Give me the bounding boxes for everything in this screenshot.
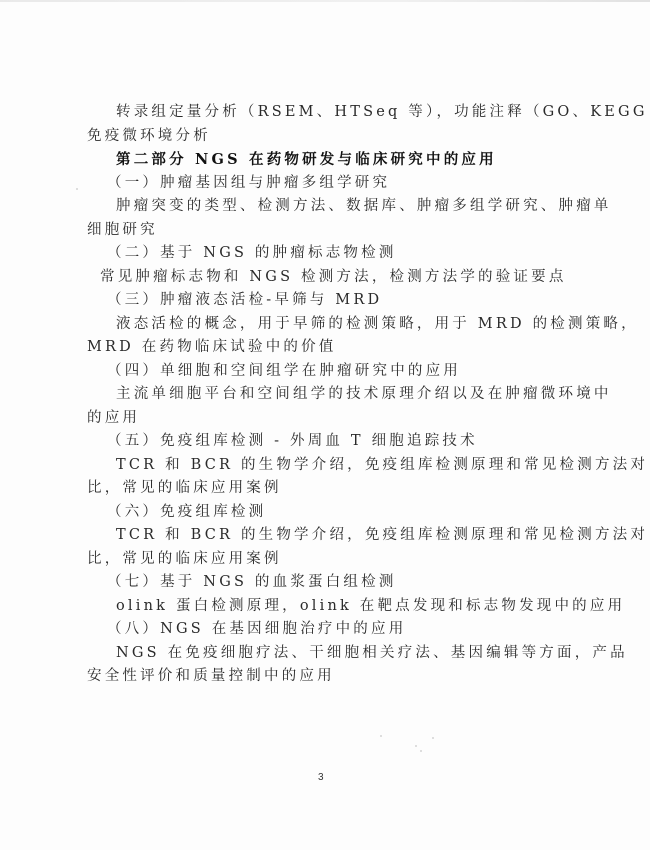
paragraph-line: NGS 在免疫细胞疗法、干细胞相关疗法、基因编辑等方面，产品 — [87, 642, 567, 666]
subsection-heading: （八）NGS 在基因细胞治疗中的应用 — [87, 618, 567, 642]
subsection-heading: （二）基于 NGS 的肿瘤标志物检测 — [87, 242, 567, 266]
scan-artifact — [420, 750, 422, 752]
paragraph-line: 常见肿瘤标志物和 NGS 检测方法，检测方法学的验证要点 — [87, 266, 567, 290]
paragraph-line: 转录组定量分析（RSEM、HTSeq 等），功能注释（GO、KEGG 分析）， — [87, 101, 567, 125]
paragraph-line: 细胞研究 — [87, 219, 567, 243]
paragraph-line: 的应用 — [87, 407, 567, 431]
subsection-heading: （一）肿瘤基因组与肿瘤多组学研究 — [87, 172, 567, 196]
paragraph-line: MRD 在药物临床试验中的价值 — [87, 336, 567, 360]
paragraph-line: TCR 和 BCR 的生物学介绍，免疫组库检测原理和常见检测方法对 — [87, 524, 567, 548]
paragraph-line: 免疫微环境分析 — [87, 125, 567, 149]
paragraph-line: 液态活检的概念，用于早筛的检测策略，用于 MRD 的检测策略， — [87, 313, 567, 337]
subsection-heading: （三）肿瘤液态活检-早筛与 MRD — [87, 289, 567, 313]
paragraph-line: 肿瘤突变的类型、检测方法、数据库、肿瘤多组学研究、肿瘤单 — [87, 195, 567, 219]
scan-artifact — [380, 735, 382, 737]
scan-artifact — [432, 737, 434, 739]
paragraph-line: 主流单细胞平台和空间组学的技术原理介绍以及在肿瘤微环境中 — [87, 383, 567, 407]
document-page: 转录组定量分析（RSEM、HTSeq 等），功能注释（GO、KEGG 分析）， … — [0, 0, 650, 850]
paragraph-line: TCR 和 BCR 的生物学介绍，免疫组库检测原理和常见检测方法对 — [87, 454, 567, 478]
paragraph-line: 安全性评价和质量控制中的应用 — [87, 665, 567, 689]
scan-top-edge — [0, 0, 650, 2]
paragraph-line: olink 蛋白检测原理，olink 在靶点发现和标志物发现中的应用 — [87, 595, 567, 619]
subsection-heading: （四）单细胞和空间组学在肿瘤研究中的应用 — [87, 360, 567, 384]
scan-artifact — [76, 188, 78, 190]
paragraph-line: 比，常见的临床应用案例 — [87, 477, 567, 501]
page-number: 3 — [318, 772, 324, 783]
subsection-heading: （七）基于 NGS 的血浆蛋白组检测 — [87, 571, 567, 595]
document-body: 转录组定量分析（RSEM、HTSeq 等），功能注释（GO、KEGG 分析）， … — [87, 101, 567, 689]
subsection-heading: （六）免疫组库检测 — [87, 501, 567, 525]
scan-artifact — [415, 745, 417, 747]
section-heading: 第二部分 NGS 在药物研发与临床研究中的应用 — [87, 148, 567, 172]
subsection-heading: （五）免疫组库检测 - 外周血 T 细胞追踪技术 — [87, 430, 567, 454]
paragraph-line: 比，常见的临床应用案例 — [87, 548, 567, 572]
